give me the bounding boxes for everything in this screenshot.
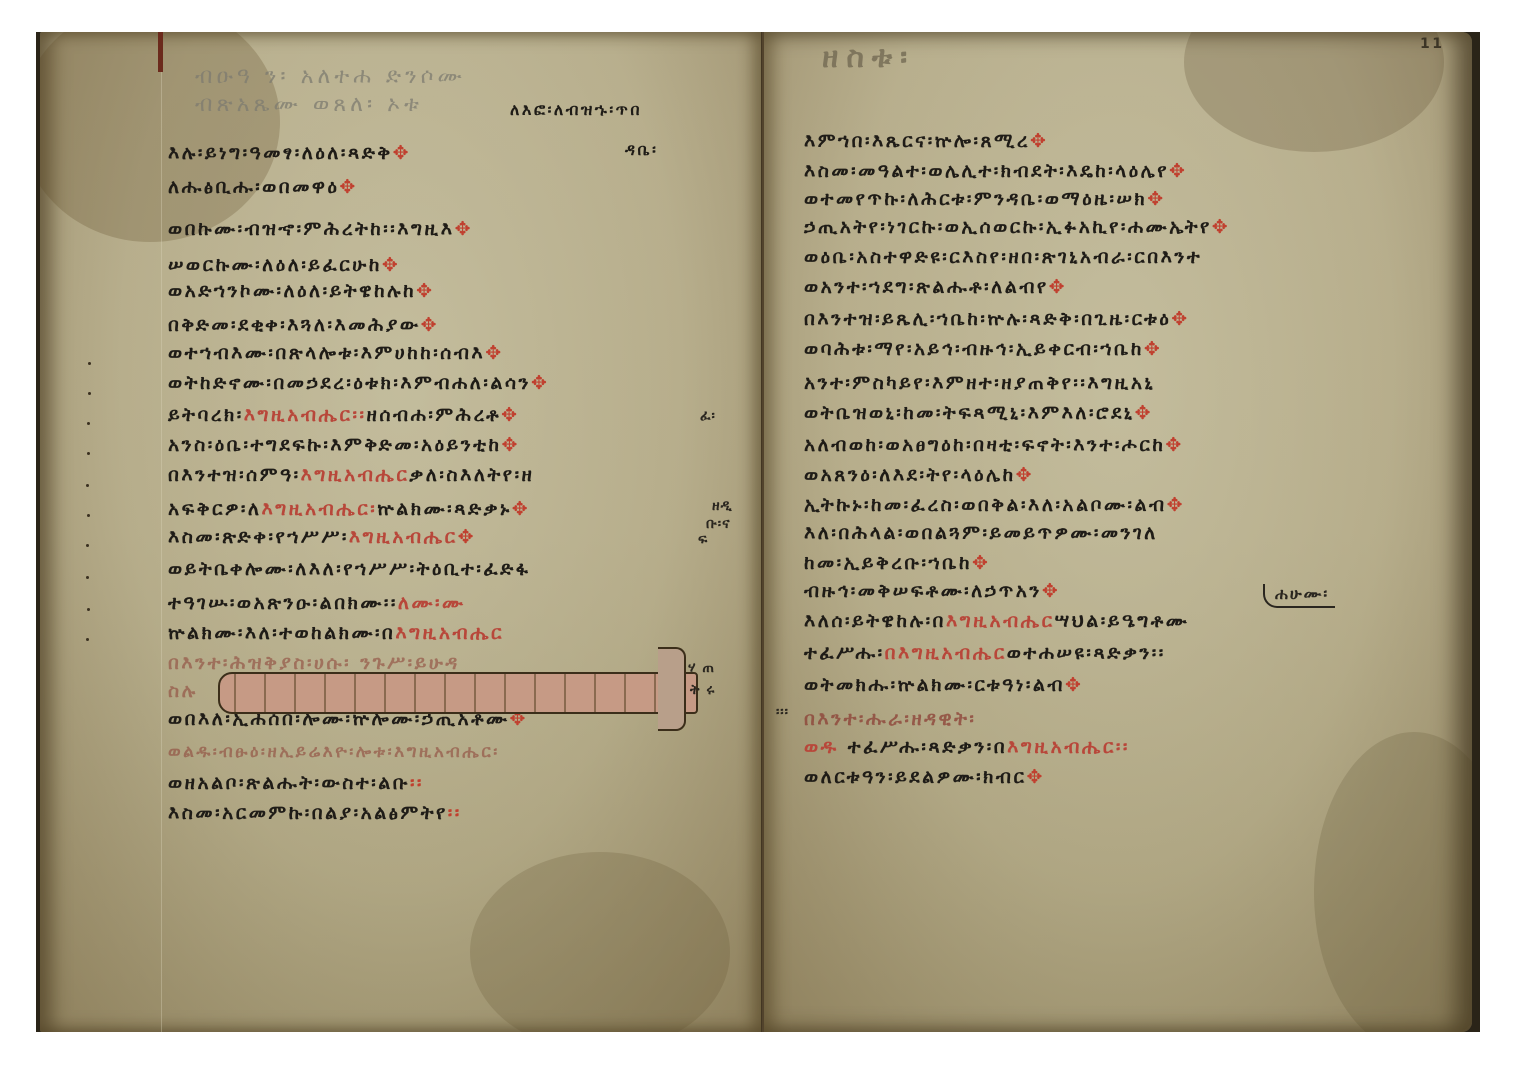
stain — [470, 852, 730, 1032]
pricking-hole — [87, 514, 90, 517]
bookmark-thread — [158, 32, 163, 72]
pricking-hole — [86, 638, 89, 641]
text-line: ወአድኀንኮሙ፡ለዕለ፡ይትዌከሉከ✥ — [168, 280, 435, 302]
ruling-line — [161, 32, 162, 1032]
text-line: ወዘአልቦ፡ጽልሑት፡ውስተ፡ልቡ፡፡ — [168, 772, 424, 794]
stain — [1314, 732, 1472, 1032]
rubric-line: ወልዱ፡ብፁዕ፡ዘኢይሬእዮ፡ሎቱ፡እግዚአብሔር፡ — [168, 742, 500, 762]
right-page: ዘስቱ፡ 11 እምኀበ፡እጼርና፡ኵሎ፡ጸሚረ✥ እስመ፡መዓልተ፡ወሌሊተ፡… — [764, 32, 1472, 1032]
text-line: ወአንተ፡ኀደግ፡ጽልሑቶ፡ለልብየ✥ — [804, 276, 1067, 298]
text-line: ኢትኩኑ፡ከመ፡ፈረስ፡ወበቅል፡እለ፡አልቦሙ፡ልብ✥ — [804, 494, 1185, 516]
folio-number: 11 — [1420, 36, 1444, 52]
text-line: እምኀበ፡እጼርና፡ኵሎ፡ጸሚረ✥ — [804, 130, 1048, 152]
text-line: ወትመክሑ፡ኵልክሙ፡ርቱዓነ፡ልብ✥ — [804, 674, 1083, 696]
header-line: ለእፎ፡ለብዝኁ፡ጥበ — [510, 100, 642, 120]
bracketed-note: ሐሁሙ፡ — [1263, 584, 1335, 608]
text-line: ይትባረክ፡እግዚአብሔር፡፡ዘሰብሐ፡ምሕረቶ✥ — [168, 404, 520, 426]
pricking-hole — [87, 452, 90, 455]
text-line: ወተመየጥኩ፡ለሕርቱ፡ምንዳቤ፡ወማዕዜ፡ሠክ✥ — [804, 188, 1166, 210]
text-line: እለሰ፡ይትዌከሉ፡በእግዚአብሔርሣህል፡ይዔግቶሙ — [804, 610, 1189, 632]
text-line: ወትከድኖሙ፡በመኃደረ፡ዕቱክ፡እምብሐለ፡ልሳን✥ — [168, 372, 549, 394]
text-line: አፍቅርዎ፡ለእግዚአብሔር፡ኵልክሙ፡ጻድቃኑ✥ — [168, 498, 530, 520]
pricking-hole — [88, 362, 91, 365]
pricking-hole — [87, 422, 90, 425]
pencil-note-line: ብጽአጼሙ ወጸለ፡ ኦቱ — [195, 92, 423, 117]
text-line: ኃጢአትየ፡ነገርኩ፡ወኢሰወርኩ፡ኢፉአኪየ፡ሐሙኤትየ✥ — [804, 216, 1230, 238]
folio-heading: ዘስቱ፡ — [822, 40, 915, 75]
text-line: ወይትቤቀሎሙ፡ለእለ፡የኀሥሥ፡ትዕቢተ፡ፈድፋ — [168, 558, 530, 580]
text-line: ብዙኅ፡መቅሠፍቶሙ፡ለኃጥአን✥ — [804, 580, 1060, 602]
pencil-note-line: ብዑዓ ን፡ አለተሐ ድንሶሙ — [195, 64, 466, 89]
rubric-line: በእንተ፡ሕዝቅያስ፡ሀሱ፡ ንጉሥ፡ይሁዳ — [168, 652, 460, 674]
pricking-hole — [88, 392, 91, 395]
manuscript-photo: ብዑዓ ን፡ አለተሐ ድንሶሙ ብጽአጼሙ ወጸለ፡ ኦቱ ለእፎ፡ለብዝኁ፡… — [36, 32, 1480, 1032]
text-line: ሠወርኩሙ፡ለዕለ፡ይፈርሁከ✥ — [168, 254, 400, 276]
stain — [1184, 32, 1444, 152]
pricking-hole — [86, 544, 89, 547]
pricking-hole — [86, 484, 89, 487]
text-line: ተፈሥሑ፡በእግዚአብሔርወተሐሠዩ፡ጻድቃን፡፡ — [804, 642, 1166, 664]
margin-note: ፍ — [698, 532, 708, 548]
text-line: በእንተዝ፡ይጼሊ፡ኀቤከ፡ኵሉ፡ጻድቅ፡በጊዜ፡ርቱዕ✥ — [804, 308, 1190, 330]
text-line: ወዕቤ፡አስተዋድዩ፡ርእስየ፡ዘበ፡ጽገኒአብራ፡ርበእንተ — [804, 246, 1202, 268]
rubric-line: በእንተ፡ሑራ፡ዘዳዊት፡ — [804, 708, 976, 730]
text-line: እስመ፡አርመምኩ፡በልያ፡አልፅምትየ፡፡ — [168, 802, 462, 824]
text-line: ወዱ ተፈሥሑ፡ጻድቃን፡በእግዚአብሔር፡፡ — [804, 736, 1130, 758]
margin-mark: ፡፡፡ — [776, 704, 789, 720]
text-line: ወአጸንዕ፡ለእደ፡ትየ፡ላዕሌከ✥ — [804, 464, 1034, 486]
margin-note: ቡ፡ና — [706, 516, 731, 532]
text-line: በእንተዝ፡ሰምዓ፡እግዚአብሔርቃለ፡ስእለትየ፡ዘ — [168, 464, 534, 486]
text-line: ወተኀብእሙ፡በጽላሎቱ፡እምሀከከ፡ሰብእ✥ — [168, 342, 504, 364]
pricking-hole — [87, 608, 90, 611]
sword-margin-note: ት ሩ — [690, 682, 715, 698]
header-tail: ዳቤ፡ — [625, 140, 658, 160]
text-line: አንስ፡ዕቤ፡ተግደፍኩ፡እምቅድመ፡አዕይንቲከ✥ — [168, 434, 520, 456]
text-line: እሉ፡ይነግ፡ዓመፃ፡ለዕለ፡ጻድቅ✥ — [168, 142, 411, 164]
text-line: ከመ፡ኢይቅረቡ፡ኀቤከ✥ — [804, 552, 990, 574]
text-line: ወለርቱዓን፡ይደልዎሙ፡ክብር✥ — [804, 766, 1045, 788]
text-line: አለብወከ፡ወአፀግዕከ፡በዛቲ፡ፍኖት፡እንተ፡ሖርከ✥ — [804, 434, 1184, 456]
left-page: ብዑዓ ን፡ አለተሐ ድንሶሙ ብጽአጼሙ ወጸለ፡ ኦቱ ለእፎ፡ለብዝኁ፡… — [40, 32, 762, 1032]
sword-margin-note: ሃ ጠ — [688, 660, 715, 676]
sword-illustration — [218, 672, 698, 714]
margin-note: ዘዲ — [712, 498, 733, 514]
text-line: ወባሕቱ፡ማየ፡አይኅ፡ብዙኅ፡ኢይቀርብ፡ኀቤከ✥ — [804, 338, 1162, 360]
text-line: እለ፡በሕላል፡ወበልጓም፡ይመይጥዎሙ፡መንገለ — [804, 522, 1158, 544]
sword-hilt — [658, 647, 686, 731]
text-line: ወበኩሙ፡ብዝኆ፡ምሕረትከ፡፡እግዚእ✥ — [168, 218, 473, 240]
text-line: እስመ፡መዓልተ፡ወሌሊተ፡ክብደት፡እዴከ፡ላዕሌየ✥ — [804, 160, 1187, 182]
text-line: በቅድመ፡ደቂቀ፡እጓለ፡እመሕያው✥ — [168, 314, 439, 336]
pricking-hole — [86, 576, 89, 579]
text-line: አንተ፡ምስካይየ፡እምዘተ፡ዘያጠቅየ፡፡እግዚአኒ — [804, 372, 1155, 394]
text-line: ወትቤዝወኒ፡ከመ፡ትፍጻሚኒ፡እምእለ፡ሮደኒ✥ — [804, 402, 1153, 424]
text-line: እስመ፡ጽድቀ፡የኀሥሥ፡እግዚአብሔር✥ — [168, 526, 476, 548]
margin-note: ፈ፡ — [700, 408, 716, 424]
rubric-line: ስሉ — [168, 680, 198, 702]
text-line: ኵልክሙ፡እለ፡ተወከልክሙ፡በእግዚአብሔር — [168, 622, 504, 644]
text-line: ለሑፅቢሑ፡ወበመዋዕ✥ — [168, 176, 358, 198]
text-line: ተዓገሡ፡ወአጽንዑ፡ልበክሙ፡፡ለሙ፡ሙ — [168, 592, 465, 614]
